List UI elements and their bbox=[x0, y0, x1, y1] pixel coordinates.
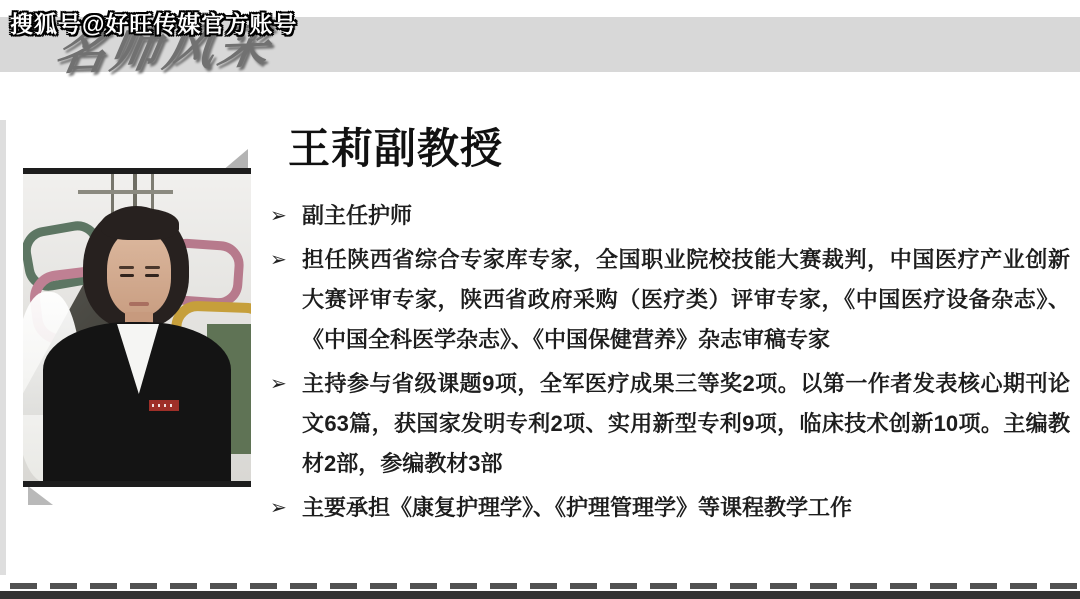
footer-dashed-line bbox=[10, 583, 1080, 589]
footer-bar bbox=[0, 591, 1080, 599]
list-item: ➢ 担任陕西省综合专家库专家，全国职业院校技能大赛裁判，中国医疗产业创新大赛评审… bbox=[270, 240, 1070, 360]
left-edge-strip bbox=[0, 120, 6, 575]
person-name-badge bbox=[149, 400, 179, 411]
person-name-title: 王莉副教授 bbox=[288, 116, 503, 176]
bullet-text: 主持参与省级课题9项，全军医疗成果三等奖2项。以第一作者发表核心期刊论文63篇，… bbox=[302, 364, 1070, 484]
playground-crossbar bbox=[78, 190, 173, 194]
presentation-slide: 名师风采 搜狐号@好旺传媒官方账号 bbox=[0, 0, 1080, 599]
portrait-photo-scene bbox=[23, 174, 251, 481]
photo-fold-triangle-bottom-left bbox=[28, 486, 53, 505]
bullet-text: 担任陕西省综合专家库专家，全国职业院校技能大赛裁判，中国医疗产业创新大赛评审专家… bbox=[302, 240, 1070, 360]
person-eye bbox=[120, 274, 134, 277]
person-hair-fringe bbox=[101, 208, 179, 240]
list-item: ➢ 副主任护师 bbox=[270, 196, 1070, 236]
list-item: ➢ 主要承担《康复护理学》、《护理管理学》等课程教学工作 bbox=[270, 488, 1070, 528]
list-item: ➢ 主持参与省级课题9项，全军医疗成果三等奖2项。以第一作者发表核心期刊论文63… bbox=[270, 364, 1070, 484]
person-eye bbox=[145, 274, 159, 277]
arrowhead-right-icon: ➢ bbox=[270, 488, 302, 528]
arrowhead-right-icon: ➢ bbox=[270, 196, 302, 236]
bullet-text: 副主任护师 bbox=[302, 196, 1070, 236]
arrowhead-right-icon: ➢ bbox=[270, 240, 302, 360]
person-mouth bbox=[129, 302, 149, 306]
arrowhead-right-icon: ➢ bbox=[270, 364, 302, 484]
person-eyebrow bbox=[119, 266, 134, 269]
person-eyebrow bbox=[145, 266, 160, 269]
bullet-text: 主要承担《康复护理学》、《护理管理学》等课程教学工作 bbox=[302, 488, 1070, 528]
sohu-watermark: 搜狐号@好旺传媒官方账号 bbox=[10, 6, 297, 39]
portrait-photo bbox=[23, 168, 251, 487]
profile-bullet-list: ➢ 副主任护师 ➢ 担任陕西省综合专家库专家，全国职业院校技能大赛裁判，中国医疗… bbox=[270, 196, 1070, 532]
